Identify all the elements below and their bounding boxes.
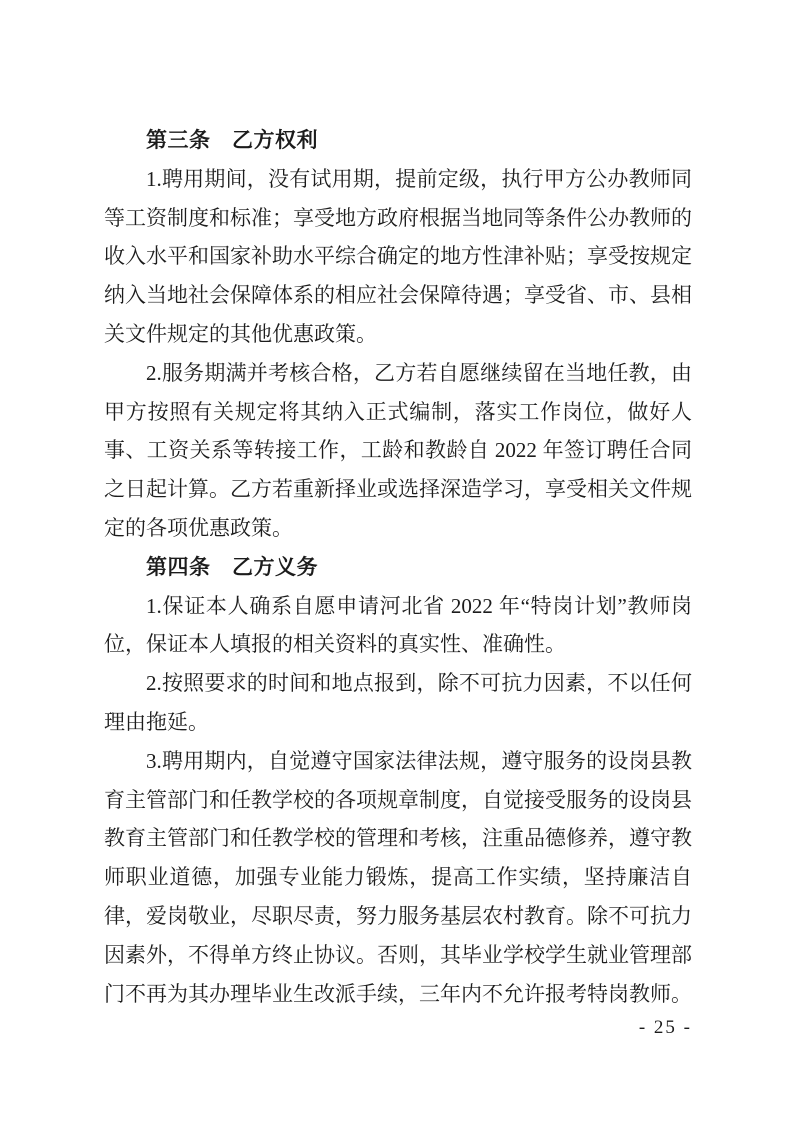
contract-paragraph: 2.按照要求的时间和地点报到，除不可抗力因素，不以任何理由拖延。 [104,664,692,742]
contract-paragraph: 1.聘用期间，没有试用期，提前定级，执行甲方公办教师同等工资制度和标准；享受地方… [104,160,692,354]
contract-paragraph: 2.服务期满并考核合格，乙方若自愿继续留在当地任教，由甲方按照有关规定将其纳入正… [104,354,692,548]
contract-body: 第三条 乙方权利 1.聘用期间，没有试用期，提前定级，执行甲方公办教师同等工资制… [104,121,692,1013]
page-number: - 25 - [639,1016,692,1040]
article-heading-party-b-rights: 第三条 乙方权利 [104,121,692,160]
article-heading-party-b-obligations: 第四条 乙方义务 [104,548,692,587]
document-page: 第三条 乙方权利 1.聘用期间，没有试用期，提前定级，执行甲方公办教师同等工资制… [0,0,794,1123]
contract-paragraph: 1.保证本人确系自愿申请河北省 2022 年“特岗计划”教师岗位，保证本人填报的… [104,587,692,665]
contract-paragraph: 3.聘用期内，自觉遵守国家法律法规，遵守服务的设岗县教育主管部门和任教学校的各项… [104,742,692,1014]
